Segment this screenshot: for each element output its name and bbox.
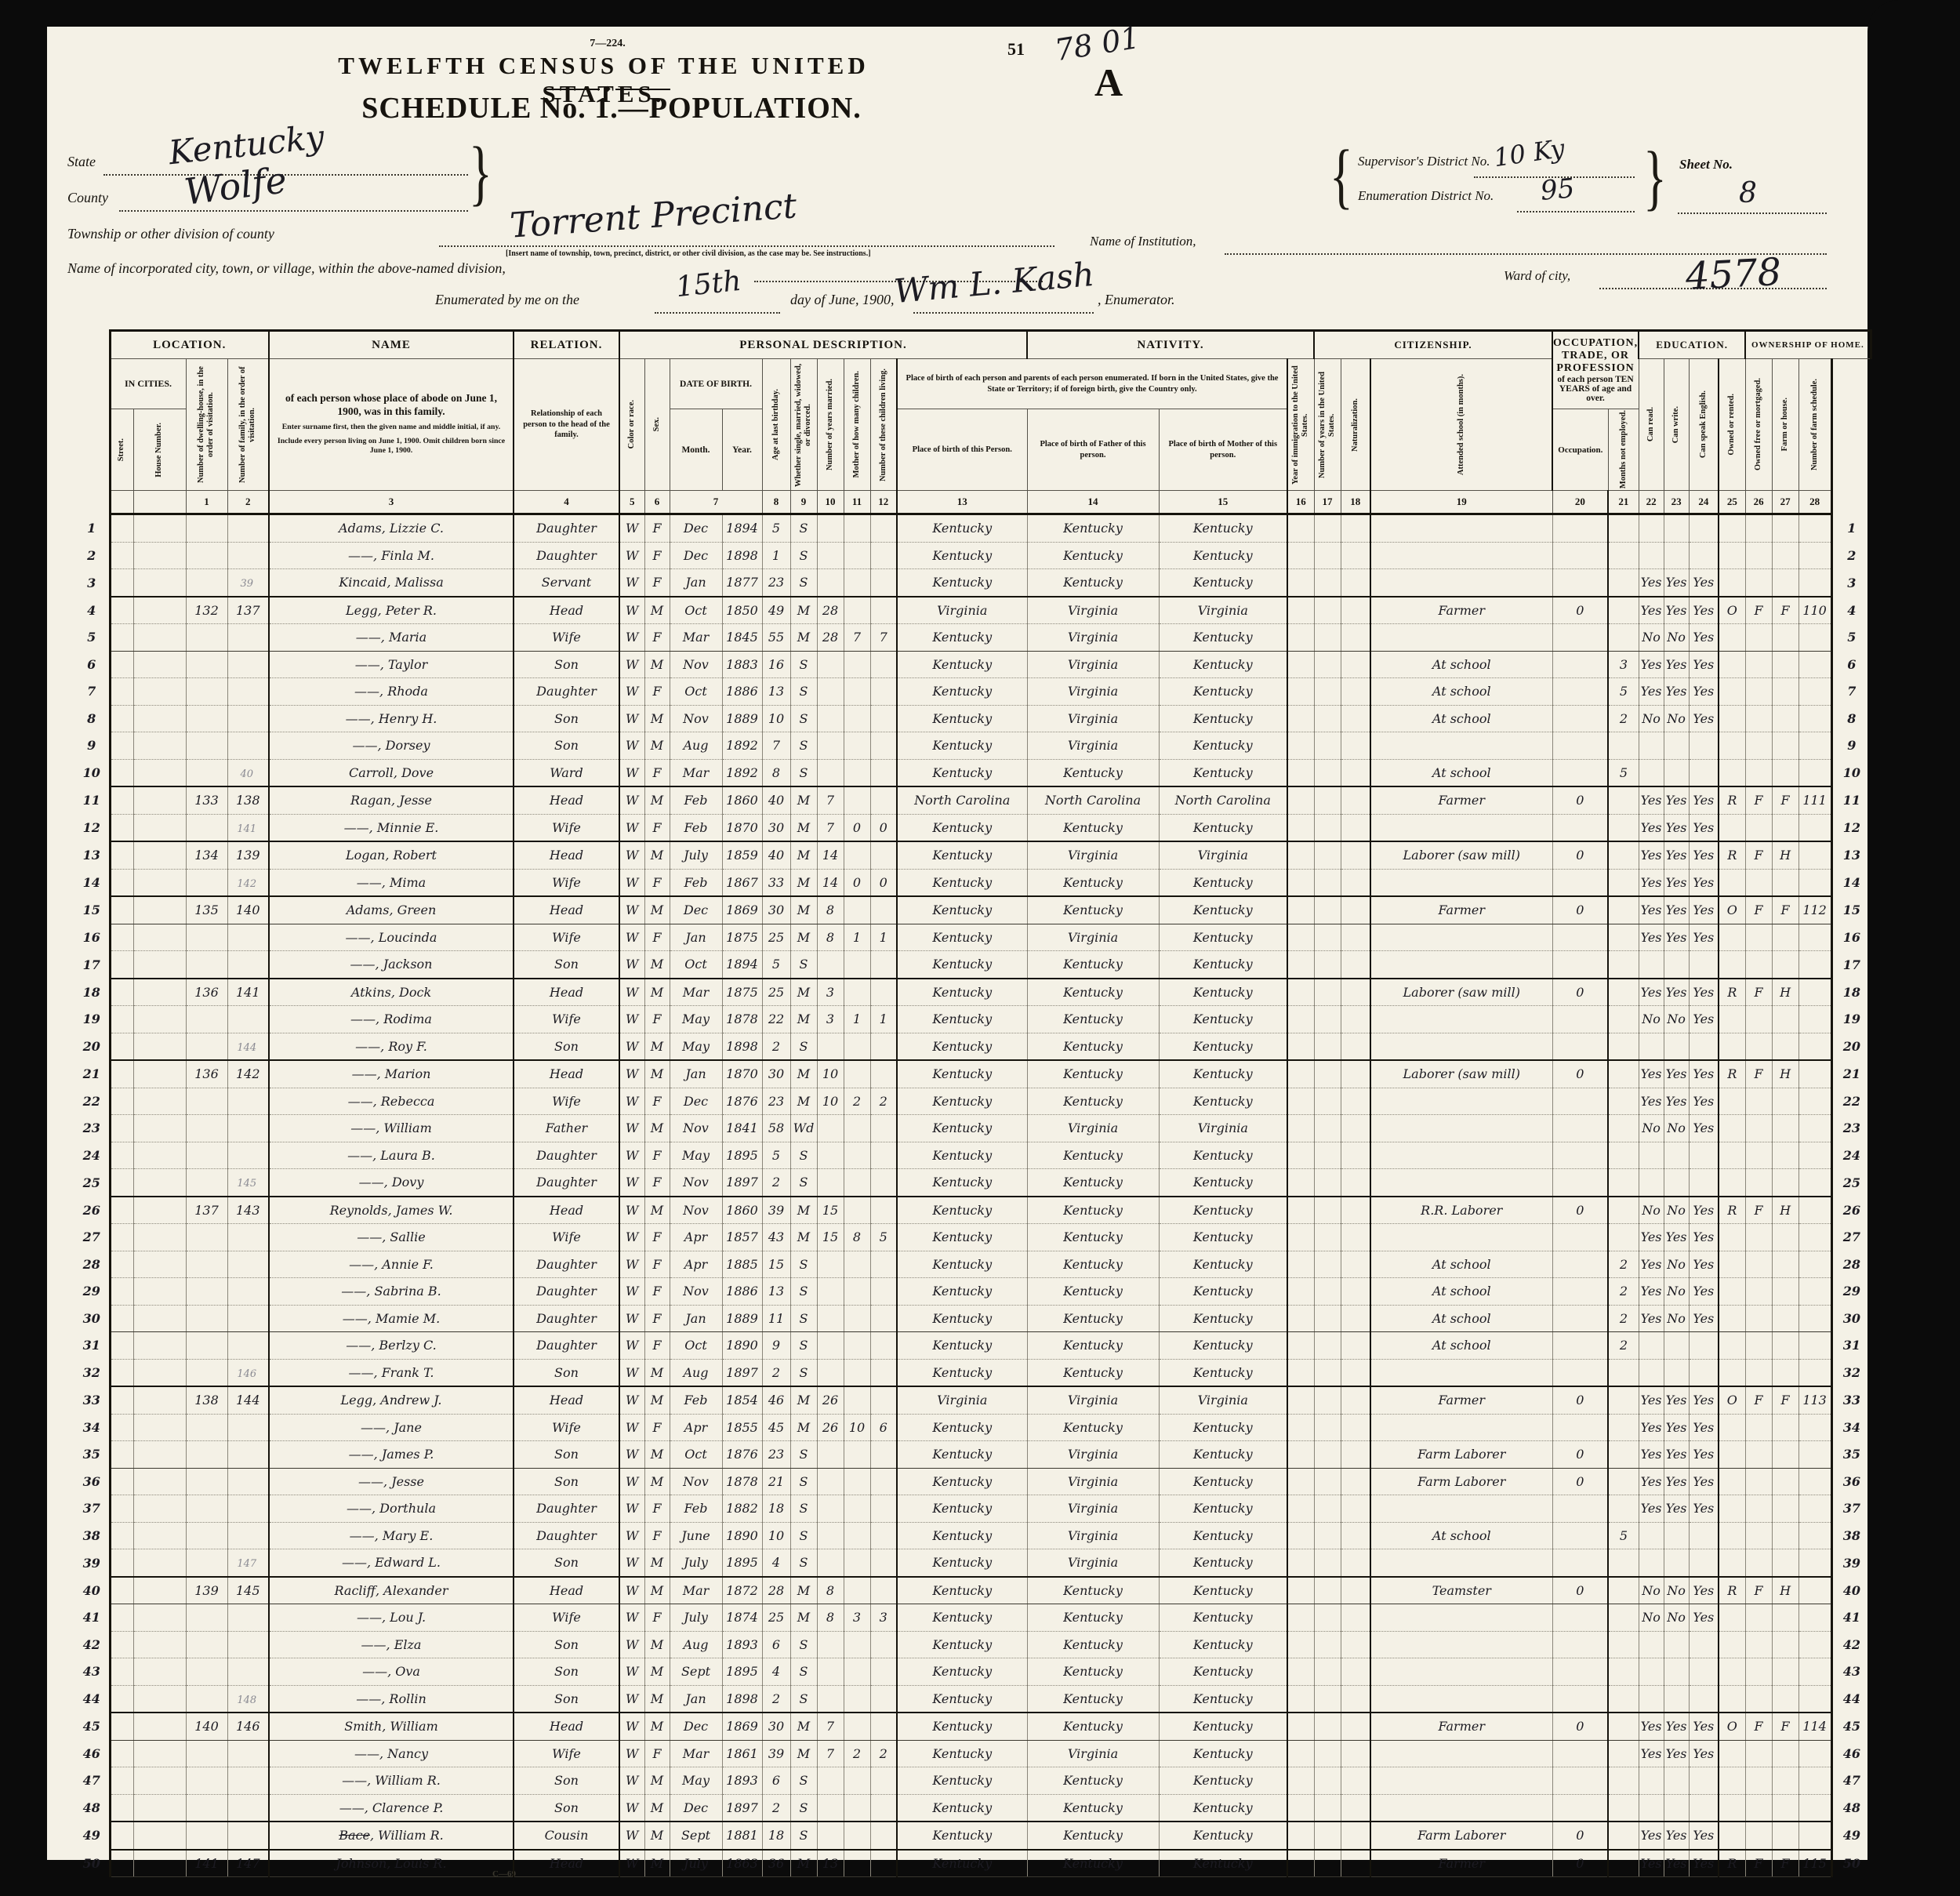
cell-color: W (619, 569, 644, 597)
cell-immigration-year (1287, 1522, 1314, 1549)
cell-marital-status: S (790, 1278, 817, 1306)
line-number-right: 19 (1831, 1006, 1871, 1033)
cell-age: 23 (762, 569, 790, 597)
cell-house-number (133, 569, 186, 597)
cell-color: W (619, 1115, 644, 1142)
table-row: 12141——, Minnie E.WifeWFFeb187030M700Ken… (74, 814, 1872, 841)
col-header-in-cities: IN CITIES. (110, 359, 186, 409)
cell-father-birthplace: Kentucky (1027, 1685, 1159, 1713)
cell-house-number (133, 814, 186, 841)
cell-farm-schedule (1798, 1414, 1831, 1441)
cell-attended-school (1608, 1142, 1639, 1169)
cell-mother-of: 8 (844, 1224, 870, 1251)
cell-family-number (227, 542, 269, 569)
cell-age: 4 (762, 1658, 790, 1686)
cell-age: 25 (762, 924, 790, 951)
cell-occupation (1370, 951, 1552, 979)
cell-relation: Wife (514, 1740, 619, 1767)
cell-farm-house (1772, 1522, 1798, 1549)
cell-birth-year: 1860 (722, 1197, 762, 1224)
cell-sex: F (644, 869, 670, 896)
line-number-left: 41 (74, 1604, 110, 1632)
cell-owned-rented (1719, 1631, 1745, 1658)
cell-years-married (817, 542, 844, 569)
cell-birth-year: 1859 (722, 841, 762, 869)
cell-birthplace: Kentucky (897, 1359, 1027, 1386)
table-row: 4132137Legg, Peter R.HeadWMOct185049M28V… (74, 597, 1872, 624)
cell-can-write: Yes (1664, 1850, 1689, 1877)
cell-immigration-year (1287, 1414, 1314, 1441)
cell-sex: F (644, 1142, 670, 1169)
cell-color: W (619, 1006, 644, 1033)
cell-street (110, 1577, 133, 1604)
cell-months-not-employed (1552, 569, 1608, 597)
cell-years-in-us (1314, 1631, 1341, 1658)
cell-mother-birthplace: Kentucky (1159, 759, 1287, 786)
cell-years-married (817, 1767, 844, 1795)
cell-mother-birthplace: Kentucky (1159, 1685, 1287, 1713)
cell-birth-month: July (670, 1549, 722, 1577)
cell-farm-schedule (1798, 1224, 1831, 1251)
line-number-left: 28 (74, 1251, 110, 1278)
cell-mother-of (844, 1332, 870, 1360)
table-row: 1040Carroll, DoveWardWFMar18928SKentucky… (74, 759, 1872, 786)
line-number-right: 27 (1831, 1224, 1871, 1251)
cell-color: W (619, 1414, 644, 1441)
cell-sex: F (644, 1522, 670, 1549)
cell-birthplace: Kentucky (897, 1060, 1027, 1088)
cell-family-number: 40 (227, 759, 269, 786)
cell-mother-birthplace: Kentucky (1159, 869, 1287, 896)
district-brace-left: { (1330, 135, 1353, 219)
cell-birth-month: Mar (670, 624, 722, 652)
line-number-left: 25 (74, 1169, 110, 1197)
cell-farm-house (1772, 1142, 1798, 1169)
cell-relation: Wife (514, 814, 619, 841)
cell-father-birthplace: Kentucky (1027, 1332, 1159, 1360)
col-group-education: EDUCATION. (1639, 331, 1745, 359)
cell-marital-status: S (790, 1251, 817, 1278)
cell-occupation: At school (1370, 1251, 1552, 1278)
cell-birth-year: 1877 (722, 569, 762, 597)
cell-mother-birthplace: Kentucky (1159, 1251, 1287, 1278)
line-number-left: 47 (74, 1767, 110, 1795)
cell-street (110, 1414, 133, 1441)
cell-attended-school (1608, 1006, 1639, 1033)
cell-naturalization (1341, 1142, 1370, 1169)
line-number-right: 30 (1831, 1305, 1871, 1332)
cell-birth-year: 1886 (722, 678, 762, 706)
cell-birth-year: 1890 (722, 1332, 762, 1360)
cell-family-number (227, 705, 269, 732)
table-row: 20144——, Roy F.SonWMMay18982SKentuckyKen… (74, 1033, 1872, 1060)
cell-relation: Daughter (514, 1142, 619, 1169)
cell-dwelling-number (186, 1142, 227, 1169)
cell-owned-rented: R (1719, 1197, 1745, 1224)
cell-months-not-employed (1552, 1224, 1608, 1251)
cell-years-married: 10 (817, 1060, 844, 1088)
cell-years-married (817, 569, 844, 597)
cell-immigration-year (1287, 896, 1314, 924)
cell-attended-school (1608, 1115, 1639, 1142)
cell-years-married: 28 (817, 597, 844, 624)
cell-free-mortgaged: F (1745, 1386, 1772, 1414)
cell-farm-schedule: 114 (1798, 1713, 1831, 1740)
left-line-rail-header (74, 331, 110, 514)
cell-family-number (227, 1332, 269, 1360)
cell-color: W (619, 1169, 644, 1197)
cell-naturalization (1341, 1115, 1370, 1142)
cell-father-birthplace: Kentucky (1027, 1305, 1159, 1332)
cell-can-write (1664, 759, 1689, 786)
cell-months-not-employed (1552, 924, 1608, 951)
cell-house-number (133, 1142, 186, 1169)
cell-farm-schedule (1798, 514, 1831, 543)
cell-birth-month: May (670, 1006, 722, 1033)
cell-owned-rented: R (1719, 1060, 1745, 1088)
cell-birth-month: Mar (670, 1577, 722, 1604)
cell-name: ——, Dovy (269, 1169, 514, 1197)
cell-sex: F (644, 1224, 670, 1251)
cell-farm-house (1772, 1822, 1798, 1850)
cell-attended-school (1608, 1033, 1639, 1060)
cell-farm-schedule (1798, 705, 1831, 732)
cell-birth-month: July (670, 1604, 722, 1632)
cell-months-not-employed: 0 (1552, 841, 1608, 869)
cell-speaks-english: Yes (1689, 1822, 1719, 1850)
cell-name: Logan, Robert (269, 841, 514, 869)
cell-mother-birthplace: Kentucky (1159, 651, 1287, 678)
cell-father-birthplace: Virginia (1027, 1115, 1159, 1142)
cell-street (110, 979, 133, 1006)
line-number-right: 24 (1831, 1142, 1871, 1169)
cell-speaks-english (1689, 951, 1719, 979)
cell-marital-status: S (790, 759, 817, 786)
cell-speaks-english: Yes (1689, 1197, 1719, 1224)
cell-mother-of (844, 1115, 870, 1142)
cell-owned-rented: O (1719, 597, 1745, 624)
cell-father-birthplace: Kentucky (1027, 514, 1159, 543)
form-number: 7—224. (549, 38, 666, 50)
county-line (119, 209, 468, 212)
cell-months-not-employed (1552, 1740, 1608, 1767)
cell-free-mortgaged (1745, 651, 1772, 678)
cell-can-read (1639, 1522, 1664, 1549)
cell-years-in-us (1314, 1006, 1341, 1033)
sheet-label: Sheet No. (1679, 157, 1733, 173)
enumerator-label: , Enumerator. (1098, 292, 1175, 308)
cell-occupation (1370, 1033, 1552, 1060)
cell-birth-year: 1890 (722, 1522, 762, 1549)
cell-birth-month: Feb (670, 869, 722, 896)
cell-immigration-year (1287, 1549, 1314, 1577)
cell-relation: Wife (514, 924, 619, 951)
cell-farm-house (1772, 1088, 1798, 1115)
cell-father-birthplace: Virginia (1027, 1549, 1159, 1577)
cell-marital-status: S (790, 1332, 817, 1360)
cell-color: W (619, 814, 644, 841)
cell-can-write (1664, 1033, 1689, 1060)
cell-age: 40 (762, 786, 790, 814)
cell-mother-birthplace: Kentucky (1159, 1305, 1287, 1332)
cell-birth-year: 1881 (722, 1822, 762, 1850)
cell-mother-birthplace: Virginia (1159, 597, 1287, 624)
cell-occupation: R.R. Laborer (1370, 1197, 1552, 1224)
cell-birth-year: 1854 (722, 1386, 762, 1414)
county-label: County (67, 190, 108, 206)
cell-farm-house: H (1772, 1197, 1798, 1224)
cell-owned-rented (1719, 1115, 1745, 1142)
line-number-right: 50 (1831, 1850, 1871, 1877)
cell-street (110, 1794, 133, 1822)
cell-color: W (619, 896, 644, 924)
cell-months-not-employed (1552, 1767, 1608, 1795)
cell-free-mortgaged: F (1745, 979, 1772, 1006)
cell-sex: M (644, 597, 670, 624)
cell-owned-rented: R (1719, 841, 1745, 869)
cell-attended-school (1608, 924, 1639, 951)
pencil-family-number: 39 (240, 578, 253, 590)
line-number-left: 34 (74, 1414, 110, 1441)
cell-attended-school (1608, 542, 1639, 569)
line-number-left: 44 (74, 1685, 110, 1713)
column-number: 26 (1745, 491, 1772, 514)
cell-birthplace: Kentucky (897, 1658, 1027, 1686)
cell-owned-rented (1719, 705, 1745, 732)
cell-occupation (1370, 1224, 1552, 1251)
cell-dwelling-number: 133 (186, 786, 227, 814)
cell-mother-of (844, 786, 870, 814)
cell-age: 30 (762, 814, 790, 841)
cell-attended-school (1608, 1740, 1639, 1767)
cell-house-number (133, 1740, 186, 1767)
cell-farm-house (1772, 1224, 1798, 1251)
cell-family-number: 141 (227, 979, 269, 1006)
cell-attended-school (1608, 841, 1639, 869)
cell-relation: Cousin (514, 1822, 619, 1850)
cell-immigration-year (1287, 1386, 1314, 1414)
cell-naturalization (1341, 786, 1370, 814)
cell-relation: Son (514, 651, 619, 678)
township-label: Township or other division of county (67, 226, 274, 242)
cell-mother-of (844, 841, 870, 869)
line-number-right: 4 (1831, 597, 1871, 624)
cell-years-in-us (1314, 1577, 1341, 1604)
cell-occupation: Laborer (saw mill) (1370, 841, 1552, 869)
col-header-years-us: Number of years in the United States. (1314, 359, 1341, 491)
cell-attended-school: 2 (1608, 705, 1639, 732)
cell-sex: M (644, 1115, 670, 1142)
cell-father-birthplace: Virginia (1027, 624, 1159, 652)
cell-can-read: Yes (1639, 814, 1664, 841)
cell-can-write: Yes (1664, 814, 1689, 841)
cell-years-in-us (1314, 924, 1341, 951)
cell-sex: M (644, 732, 670, 760)
cell-street (110, 1060, 133, 1088)
cell-color: W (619, 514, 644, 543)
cell-attended-school (1608, 1577, 1639, 1604)
line-number-right: 22 (1831, 1088, 1871, 1115)
column-number: 7 (670, 491, 762, 514)
cell-can-read: Yes (1639, 597, 1664, 624)
cell-father-birthplace: Kentucky (1027, 1604, 1159, 1632)
cell-age: 5 (762, 951, 790, 979)
cell-age: 40 (762, 841, 790, 869)
cell-mother-birthplace: Virginia (1159, 841, 1287, 869)
enumeration-district-label: Enumeration District No. (1358, 188, 1494, 204)
cell-mother-of: 0 (844, 869, 870, 896)
col-header-farm-schedule: Number of farm schedule. (1798, 359, 1831, 491)
cell-name: ——, Jackson (269, 951, 514, 979)
cell-marital-status: S (790, 1549, 817, 1577)
cell-color: W (619, 1740, 644, 1767)
cell-mother-birthplace: Kentucky (1159, 514, 1287, 543)
cell-birthplace: Kentucky (897, 841, 1027, 869)
cell-mother-of (844, 651, 870, 678)
cell-birth-month: Feb (670, 786, 722, 814)
cell-color: W (619, 1224, 644, 1251)
line-number-right: 47 (1831, 1767, 1871, 1795)
cell-years-in-us (1314, 1088, 1341, 1115)
line-number-right: 11 (1831, 786, 1871, 814)
cell-naturalization (1341, 1658, 1370, 1686)
cell-mother-birthplace: Kentucky (1159, 624, 1287, 652)
cell-color: W (619, 759, 644, 786)
line-number-left: 20 (74, 1033, 110, 1060)
cell-family-number: 138 (227, 786, 269, 814)
cell-free-mortgaged (1745, 1685, 1772, 1713)
line-number-left: 24 (74, 1142, 110, 1169)
cell-years-in-us (1314, 979, 1341, 1006)
cell-dwelling-number (186, 1495, 227, 1523)
cell-children-living (870, 1822, 897, 1850)
cell-birth-month: Dec (670, 896, 722, 924)
col-header-naturalization: Naturalization. (1341, 359, 1370, 491)
cell-naturalization (1341, 678, 1370, 706)
cell-speaks-english: Yes (1689, 1006, 1719, 1033)
cell-owned-rented (1719, 1658, 1745, 1686)
cell-children-living (870, 1577, 897, 1604)
cell-months-not-employed: 0 (1552, 979, 1608, 1006)
cell-street (110, 1604, 133, 1632)
col-header-immigration: Year of immigration to the United States… (1287, 359, 1314, 491)
cell-free-mortgaged (1745, 1359, 1772, 1386)
cell-free-mortgaged: F (1745, 1713, 1772, 1740)
cell-family-number: 137 (227, 597, 269, 624)
column-number: 20 (1552, 491, 1608, 514)
cell-farm-house (1772, 1468, 1798, 1495)
cell-farm-house (1772, 1115, 1798, 1142)
line-number-right: 42 (1831, 1631, 1871, 1658)
scan-edge-top (0, 0, 1960, 27)
cell-marital-status: S (790, 1359, 817, 1386)
cell-relation: Son (514, 1359, 619, 1386)
cell-free-mortgaged (1745, 732, 1772, 760)
cell-birthplace: Kentucky (897, 1169, 1027, 1197)
cell-years-married: 8 (817, 1577, 844, 1604)
cell-dwelling-number: 137 (186, 1197, 227, 1224)
cell-farm-house (1772, 1495, 1798, 1523)
cell-mother-of: 1 (844, 924, 870, 951)
col-header-read: Can read. (1639, 359, 1664, 491)
line-number-right: 5 (1831, 624, 1871, 652)
cell-color: W (619, 1549, 644, 1577)
cell-years-married: 7 (817, 814, 844, 841)
cell-father-birthplace: Kentucky (1027, 1060, 1159, 1088)
cell-birth-year: 1882 (722, 1495, 762, 1523)
cell-naturalization (1341, 1088, 1370, 1115)
cell-farm-schedule (1798, 1740, 1831, 1767)
line-number-left: 19 (74, 1006, 110, 1033)
cell-father-birthplace: Virginia (1027, 1740, 1159, 1767)
cell-free-mortgaged (1745, 1115, 1772, 1142)
cell-years-married (817, 1169, 844, 1197)
line-number-left: 14 (74, 869, 110, 896)
cell-can-read (1639, 1033, 1664, 1060)
cell-age: 2 (762, 1033, 790, 1060)
cell-house-number (133, 1631, 186, 1658)
cell-farm-house (1772, 1414, 1798, 1441)
cell-children-living (870, 951, 897, 979)
table-row: 48——, Clarence P.SonWMDec18972SKentuckyK… (74, 1794, 1872, 1822)
cell-farm-schedule (1798, 1251, 1831, 1278)
cell-children-living (870, 597, 897, 624)
cell-can-read: Yes (1639, 678, 1664, 706)
cell-months-not-employed: 0 (1552, 1850, 1608, 1877)
cell-months-not-employed: 0 (1552, 1197, 1608, 1224)
cell-age: 30 (762, 1713, 790, 1740)
cell-sex: M (644, 979, 670, 1006)
table-row: 34——, JaneWifeWFApr185545M26106KentuckyK… (74, 1414, 1872, 1441)
line-number-left: 8 (74, 705, 110, 732)
line-number-left: 27 (74, 1224, 110, 1251)
cell-children-living: 5 (870, 1224, 897, 1251)
cell-color: W (619, 1522, 644, 1549)
cell-naturalization (1341, 1495, 1370, 1523)
cell-occupation (1370, 1414, 1552, 1441)
cell-speaks-english: Yes (1689, 1850, 1719, 1877)
table-row: 41——, Lou J.WifeWFJuly187425M833Kentucky… (74, 1604, 1872, 1632)
cell-children-living (870, 1495, 897, 1523)
cell-mother-birthplace: Kentucky (1159, 1740, 1287, 1767)
cell-can-read: Yes (1639, 1060, 1664, 1088)
cell-mother-birthplace: Kentucky (1159, 1658, 1287, 1686)
cell-relation: Head (514, 1713, 619, 1740)
cell-father-birthplace: Kentucky (1027, 1767, 1159, 1795)
cell-house-number (133, 1332, 186, 1360)
line-number-left: 45 (74, 1713, 110, 1740)
cell-occupation: Farmer (1370, 786, 1552, 814)
cell-house-number (133, 1414, 186, 1441)
cell-naturalization (1341, 814, 1370, 841)
cell-can-read (1639, 1767, 1664, 1795)
cell-owned-rented (1719, 732, 1745, 760)
cell-relation: Head (514, 1060, 619, 1088)
cell-name: ——, James P. (269, 1441, 514, 1469)
cell-naturalization (1341, 705, 1370, 732)
cell-name: ——, Minnie E. (269, 814, 514, 841)
cell-occupation: At school (1370, 759, 1552, 786)
cell-name: Adams, Green (269, 896, 514, 924)
cell-marital-status: S (790, 1305, 817, 1332)
table-row: 2——, Finla M.DaughterWFDec18981SKentucky… (74, 542, 1872, 569)
cell-dwelling-number (186, 1441, 227, 1469)
cell-farm-house (1772, 759, 1798, 786)
cell-months-not-employed (1552, 1006, 1608, 1033)
cell-can-read (1639, 542, 1664, 569)
cell-years-in-us (1314, 651, 1341, 678)
cell-attended-school (1608, 814, 1639, 841)
